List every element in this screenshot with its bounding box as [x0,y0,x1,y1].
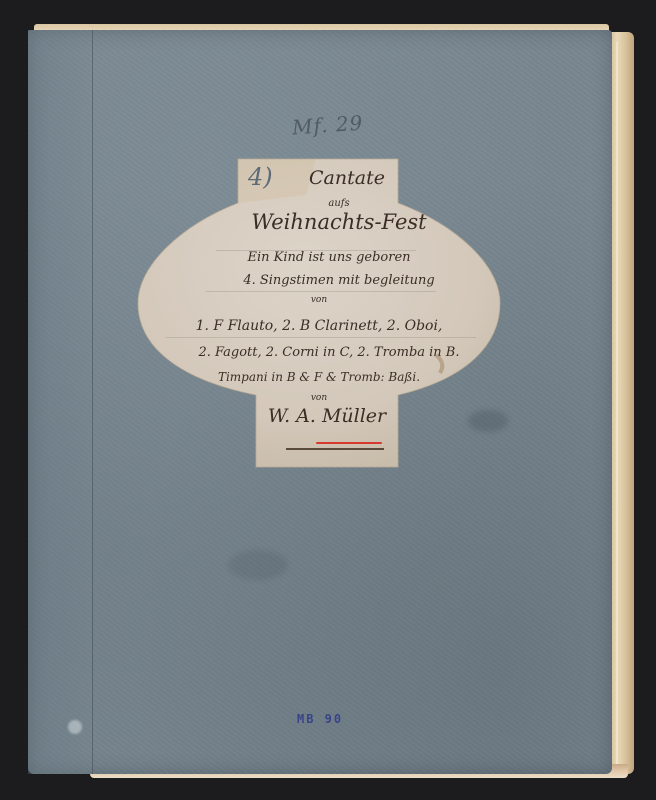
label-instruments-3: Timpani in B & F & Tromb: Baßi. [136,370,502,384]
label-composer: W. A. Müller [136,405,510,427]
scan-background: Mf. 29 4) Cantate aufs Weihnachts-Fest E… [0,0,656,800]
guide-line [166,337,476,338]
pencil-shelfmark: Mf. 29 [291,111,364,140]
label-title-cantate: Cantate [136,167,530,189]
composer-underline [286,448,384,450]
label-work-title: Ein Kind ist uns geboren [136,250,512,265]
guide-line [206,291,436,292]
paper-spot [68,720,82,734]
label-occasion: Weihnachts-Fest [136,210,522,234]
title-label: 4) Cantate aufs Weihnachts-Fest Ein Kind… [136,155,502,471]
spine-flap [28,30,93,774]
label-aufs: aufs [136,198,522,209]
label-von-1: von [136,295,502,305]
label-von-2: von [136,393,502,403]
stain [228,550,288,580]
label-instruments-2: 2. Fagott, 2. Corni in C, 2. Tromba in B… [136,345,512,360]
label-voices: 4. Singstimen mit begleitung [136,273,522,288]
label-instruments-1: 1. F Flauto, 2. B Clarinett, 2. Oboi, [136,318,510,334]
composer-red-underline [316,442,382,444]
library-stamp: MB 90 [297,712,343,726]
